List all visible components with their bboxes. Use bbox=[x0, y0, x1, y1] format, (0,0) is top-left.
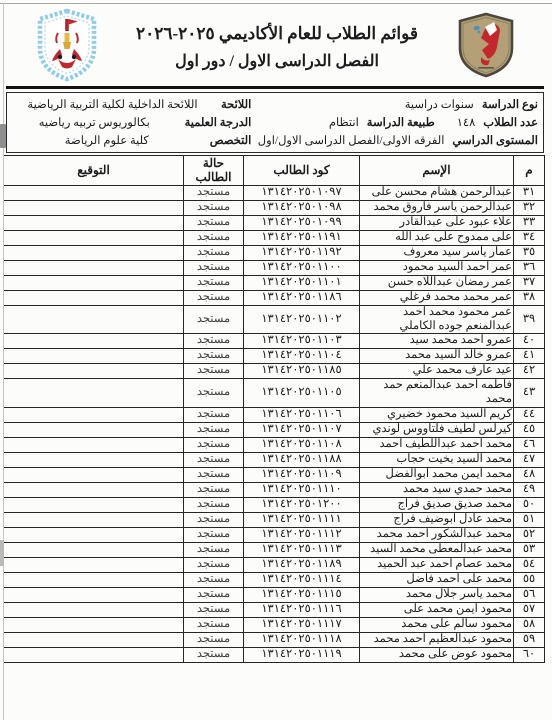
signature-cell bbox=[4, 349, 184, 364]
regulation-label: اللائحة bbox=[221, 97, 251, 111]
column-header: كود الطالب bbox=[244, 156, 360, 186]
student-code-cell: ١٣١٤٢٠٢٥٠١١٨٨ bbox=[244, 452, 360, 467]
student-name-cell: محمد على احمد فاضل bbox=[360, 572, 514, 587]
row-number-cell: ٤٥ bbox=[514, 422, 545, 437]
student-code-cell: ١٣١٤٢٠٢٥٠١٠٩٩ bbox=[244, 215, 360, 230]
document-title: قوائم الطلاب للعام الأكاديمي ٢٠٢٥-٢٠٢٦ ا… bbox=[100, 20, 454, 74]
student-status-cell: مستجد bbox=[184, 407, 244, 422]
specialty-label: التخصص bbox=[210, 133, 252, 147]
student-status-cell: مستجد bbox=[184, 290, 244, 305]
student-code-cell: ١٣١٤٢٠٢٥٠١١١٣ bbox=[244, 542, 360, 557]
row-number-cell: ٥٥ bbox=[514, 572, 545, 587]
student-name-cell: عمر رمضان عبداللاه حسن bbox=[360, 275, 514, 290]
signature-cell bbox=[4, 364, 184, 379]
students-table-body: ٣١ عبدالرحمن هشام محسن على ١٣١٤٢٠٢٥٠١٠٩٧… bbox=[4, 185, 545, 662]
signature-cell bbox=[4, 215, 184, 230]
student-status-cell: مستجد bbox=[184, 497, 244, 512]
student-code-cell: ١٣١٤٢٠٢٥٠١١١٥ bbox=[244, 587, 360, 602]
student-status-cell: مستجد bbox=[184, 482, 244, 497]
faculty-emblem-icon bbox=[34, 7, 100, 88]
student-code-cell: ١٣١٤٢٠٢٥٠١١١٦ bbox=[244, 602, 360, 617]
signature-cell bbox=[4, 334, 184, 349]
row-number-cell: ٥٧ bbox=[514, 602, 545, 617]
student-code-cell: ١٣١٤٢٠٢٥٠١٠٩٨ bbox=[244, 200, 360, 215]
student-name-cell: محمد السيد بخيت حجاب bbox=[360, 452, 514, 467]
students-count-value: ١٤٨ bbox=[457, 115, 476, 129]
student-code-cell: ١٣١٤٢٠٢٥٠١١١٢ bbox=[244, 527, 360, 542]
student-code-cell: ١٣١٤٢٠٢٥٠١١١٤ bbox=[244, 572, 360, 587]
student-status-cell: مستجد bbox=[184, 587, 244, 602]
row-number-cell: ٥٦ bbox=[514, 587, 545, 602]
student-name-cell: محمود عبدالعظيم احمد محمد bbox=[360, 632, 514, 647]
table-row: ٥٨ محمود سالم على محمد ١٣١٤٢٠٢٥٠١١١٧ مست… bbox=[4, 617, 545, 632]
signature-cell bbox=[4, 632, 184, 647]
table-row: ٣٥ عمار ياسر سيد معروف ١٣١٤٢٠٢٥٠١١٩٢ مست… bbox=[4, 245, 545, 260]
study-nature-value: انتظام bbox=[329, 115, 359, 129]
signature-cell bbox=[4, 407, 184, 422]
table-row: ٥٣ محمد عبدالمعطى محمد السيد ١٣١٤٢٠٢٥٠١١… bbox=[4, 542, 545, 557]
student-name-cell: عمر محمد محمد فرغلي bbox=[360, 290, 514, 305]
student-status-cell: مستجد bbox=[184, 572, 244, 587]
document-header: قوائم الطلاب للعام الأكاديمي ٢٠٢٥-٢٠٢٦ ا… bbox=[0, 0, 552, 86]
row-number-cell: ٣٦ bbox=[514, 260, 545, 275]
signature-cell bbox=[4, 275, 184, 290]
regulation-value: اللائحة الداخلية لكلية التربية الرياضية bbox=[12, 97, 213, 111]
student-status-cell: مستجد bbox=[184, 542, 244, 557]
student-code-cell: ١٣١٤٢٠٢٥٠١١٨٦ bbox=[244, 290, 360, 305]
student-code-cell: ١٣١٤٢٠٢٥٠١١٨٥ bbox=[244, 364, 360, 379]
student-code-cell: ١٣١٤٢٠٢٥٠١١٠١ bbox=[244, 275, 360, 290]
table-row: ٣٦ عمر احمد السيد محمود ١٣١٤٢٠٢٥٠١١٠٠ مس… bbox=[4, 260, 545, 275]
student-code-cell: ١٣١٤٢٠٢٥٠١١٠٨ bbox=[244, 437, 360, 452]
signature-cell bbox=[4, 290, 184, 305]
row-number-cell: ٤٣ bbox=[514, 379, 545, 408]
student-name-cell: عمر محمود محمد احمد عبدالمنعم جوده الكام… bbox=[360, 305, 514, 334]
student-status-cell: مستجد bbox=[184, 467, 244, 482]
student-status-cell: مستجد bbox=[184, 215, 244, 230]
row-number-cell: ٣٣ bbox=[514, 215, 545, 230]
student-code-cell: ١٣١٤٢٠٢٥٠١١٩١ bbox=[244, 230, 360, 245]
row-number-cell: ٣٩ bbox=[514, 305, 545, 334]
info-row-1: نوع الدراسة سنوات دراسية اللائحة اللائحة… bbox=[12, 95, 538, 113]
specialty-value: كلية علوم الرياضة bbox=[12, 133, 202, 147]
student-name-cell: محمد عبدالمعطى محمد السيد bbox=[360, 542, 514, 557]
row-number-cell: ٣٤ bbox=[514, 230, 545, 245]
row-number-cell: ٤٠ bbox=[514, 334, 545, 349]
student-status-cell: مستجد bbox=[184, 200, 244, 215]
student-status-cell: مستجد bbox=[184, 185, 244, 200]
signature-cell bbox=[4, 305, 184, 334]
study-info-box: نوع الدراسة سنوات دراسية اللائحة اللائحة… bbox=[6, 92, 544, 153]
university-emblem-icon bbox=[454, 11, 518, 84]
student-status-cell: مستجد bbox=[184, 452, 244, 467]
student-status-cell: مستجد bbox=[184, 260, 244, 275]
scan-edge-top bbox=[0, 3, 552, 4]
table-row: ٤٣ فاطمه احمد عبدالمنعم حمد محمد ١٣١٤٢٠٢… bbox=[4, 379, 545, 408]
student-name-cell: محمود سالم على محمد bbox=[360, 617, 514, 632]
signature-cell bbox=[4, 230, 184, 245]
row-number-cell: ٤٧ bbox=[514, 452, 545, 467]
student-code-cell: ١٣١٤٢٠٢٥٠١١٨٩ bbox=[244, 557, 360, 572]
table-row: ٥٧ محمود ايمن محمد على ١٣١٤٢٠٢٥٠١١١٦ مست… bbox=[4, 602, 545, 617]
table-row: ٦٠ محمود عوض على محمد ١٣١٤٢٠٢٥٠١١١٩ مستج… bbox=[4, 647, 545, 662]
table-row: ٥٤ محمد عصام احمد عبد الحميد ١٣١٤٢٠٢٥٠١١… bbox=[4, 557, 545, 572]
row-number-cell: ٤١ bbox=[514, 349, 545, 364]
student-name-cell: محمد عصام احمد عبد الحميد bbox=[360, 557, 514, 572]
signature-cell bbox=[4, 422, 184, 437]
student-name-cell: محمد عبدالشكور احمد محمد bbox=[360, 527, 514, 542]
signature-cell bbox=[4, 185, 184, 200]
table-row: ٤٧ محمد السيد بخيت حجاب ١٣١٤٢٠٢٥٠١١٨٨ مس… bbox=[4, 452, 545, 467]
student-code-cell: ١٣١٤٢٠٢٥٠١١٠٢ bbox=[244, 305, 360, 334]
student-code-cell: ١٣١٤٢٠٢٥٠١٠٩٧ bbox=[244, 185, 360, 200]
signature-cell bbox=[4, 587, 184, 602]
table-row: ٣٧ عمر رمضان عبداللاه حسن ١٣١٤٢٠٢٥٠١١٠١ … bbox=[4, 275, 545, 290]
row-number-cell: ٥٨ bbox=[514, 617, 545, 632]
row-number-cell: ٤٢ bbox=[514, 364, 545, 379]
student-code-cell: ١٣١٤٢٠٢٥٠١١٠٩ bbox=[244, 467, 360, 482]
table-row: ٤٠ عمرو احمد محمد سيد ١٣١٤٢٠٢٥٠١١٠٣ مستج… bbox=[4, 334, 545, 349]
row-number-cell: ٥٠ bbox=[514, 497, 545, 512]
student-status-cell: مستجد bbox=[184, 617, 244, 632]
degree-label: الدرجة العلمية bbox=[185, 115, 252, 129]
student-name-cell: فاطمه احمد عبدالمنعم حمد محمد bbox=[360, 379, 514, 408]
signature-cell bbox=[4, 527, 184, 542]
degree-value: بكالوريوس تربيه رياضيه bbox=[12, 115, 177, 129]
student-status-cell: مستجد bbox=[184, 602, 244, 617]
column-header: التوقيع bbox=[4, 156, 184, 186]
table-row: ٤٢ عيد عارف محمد علي ١٣١٤٢٠٢٥٠١١٨٥ مستجد bbox=[4, 364, 545, 379]
level-label: المستوى الدراسي bbox=[452, 133, 538, 147]
student-code-cell: ١٣١٤٢٠٢٥٠١١٠٥ bbox=[244, 379, 360, 408]
row-number-cell: ٤٤ bbox=[514, 407, 545, 422]
student-status-cell: مستجد bbox=[184, 275, 244, 290]
table-row: ٣٣ علاء عبود على عبدالقادر ١٣١٤٢٠٢٥٠١٠٩٩… bbox=[4, 215, 545, 230]
student-name-cell: عمر احمد السيد محمود bbox=[360, 260, 514, 275]
signature-cell bbox=[4, 647, 184, 662]
students-table-header-row: مالإسمكود الطالبحالة الطالبالتوقيع bbox=[4, 156, 545, 186]
column-header: الإسم bbox=[360, 156, 514, 186]
row-number-cell: ٥٤ bbox=[514, 557, 545, 572]
student-code-cell: ١٣١٤٢٠٢٥٠١١٠٧ bbox=[244, 422, 360, 437]
table-row: ٥١ محمد عادل ابوضيف فراج ١٣١٤٢٠٢٥٠١١١١ م… bbox=[4, 512, 545, 527]
row-number-cell: ٥٢ bbox=[514, 527, 545, 542]
row-number-cell: ٣٨ bbox=[514, 290, 545, 305]
table-row: ٥٩ محمود عبدالعظيم احمد محمد ١٣١٤٢٠٢٥٠١١… bbox=[4, 632, 545, 647]
column-header: م bbox=[514, 156, 545, 186]
table-row: ٤٥ كيرلس لطيف فلتاووس لوندي ١٣١٤٢٠٢٥٠١١٠… bbox=[4, 422, 545, 437]
info-row-3: المستوى الدراسي الفرقه الاولى/الفصل الدر… bbox=[12, 131, 538, 149]
signature-cell bbox=[4, 572, 184, 587]
table-row: ٣١ عبدالرحمن هشام محسن على ١٣١٤٢٠٢٥٠١٠٩٧… bbox=[4, 185, 545, 200]
student-name-cell: كيرلس لطيف فلتاووس لوندي bbox=[360, 422, 514, 437]
signature-cell bbox=[4, 260, 184, 275]
table-row: ٣٩ عمر محمود محمد احمد عبدالمنعم جوده ال… bbox=[4, 305, 545, 334]
student-name-cell: عبدالرحمن ياسر فاروق محمد bbox=[360, 200, 514, 215]
row-number-cell: ٥٣ bbox=[514, 542, 545, 557]
student-name-cell: محمد احمد عبداللطيف احمد bbox=[360, 437, 514, 452]
student-name-cell: عيد عارف محمد علي bbox=[360, 364, 514, 379]
student-code-cell: ١٣١٤٢٠٢٥٠١١١٠ bbox=[244, 482, 360, 497]
student-name-cell: محمد ياسر جلال محمد bbox=[360, 587, 514, 602]
student-code-cell: ١٣١٤٢٠٢٥٠١١١٨ bbox=[244, 632, 360, 647]
student-status-cell: مستجد bbox=[184, 364, 244, 379]
row-number-cell: ٤٦ bbox=[514, 437, 545, 452]
title-line-2: الفصل الدراسى الاول / دور اول bbox=[100, 49, 454, 75]
student-status-cell: مستجد bbox=[184, 632, 244, 647]
study-type-label: نوع الدراسة bbox=[482, 97, 538, 111]
student-name-cell: عبدالرحمن هشام محسن على bbox=[360, 185, 514, 200]
signature-cell bbox=[4, 379, 184, 408]
signature-cell bbox=[4, 602, 184, 617]
student-name-cell: محمود عوض على محمد bbox=[360, 647, 514, 662]
student-code-cell: ١٣١٤٢٠٢٥٠١١١٧ bbox=[244, 617, 360, 632]
students-count-label: عدد الطلاب bbox=[483, 115, 538, 129]
signature-cell bbox=[4, 482, 184, 497]
student-code-cell: ١٣١٤٢٠٢٥٠١١٠٠ bbox=[244, 260, 360, 275]
row-number-cell: ٣٢ bbox=[514, 200, 545, 215]
student-status-cell: مستجد bbox=[184, 334, 244, 349]
student-name-cell: محمد حمدي سيد محمد bbox=[360, 482, 514, 497]
table-row: ٤٦ محمد احمد عبداللطيف احمد ١٣١٤٢٠٢٥٠١١٠… bbox=[4, 437, 545, 452]
row-number-cell: ٥١ bbox=[514, 512, 545, 527]
table-row: ٤٤ كريم السيد محمود خضيري ١٣١٤٢٠٢٥٠١١٠٦ … bbox=[4, 407, 545, 422]
student-name-cell: عمرو احمد محمد سيد bbox=[360, 334, 514, 349]
student-name-cell: محمد عادل ابوضيف فراج bbox=[360, 512, 514, 527]
row-number-cell: ٣٧ bbox=[514, 275, 545, 290]
title-line-1: قوائم الطلاب للعام الأكاديمي ٢٠٢٥-٢٠٢٦ bbox=[100, 20, 454, 49]
row-number-cell: ٥٩ bbox=[514, 632, 545, 647]
table-row: ٣٢ عبدالرحمن ياسر فاروق محمد ١٣١٤٢٠٢٥٠١٠… bbox=[4, 200, 545, 215]
row-number-cell: ٤٩ bbox=[514, 482, 545, 497]
student-status-cell: مستجد bbox=[184, 422, 244, 437]
scan-smudge bbox=[0, 540, 4, 566]
table-row: ٤٩ محمد حمدي سيد محمد ١٣١٤٢٠٢٥٠١١١٠ مستج… bbox=[4, 482, 545, 497]
student-name-cell: عمار ياسر سيد معروف bbox=[360, 245, 514, 260]
student-code-cell: ١٣١٤٢٠٢٥٠١١٩٢ bbox=[244, 245, 360, 260]
student-status-cell: مستجد bbox=[184, 245, 244, 260]
study-type-value: سنوات دراسية bbox=[405, 97, 474, 111]
student-name-cell: محمد ايمن محمد ابوالفضل bbox=[360, 467, 514, 482]
student-code-cell: ١٣١٤٢٠٢٥٠١١٠٦ bbox=[244, 407, 360, 422]
student-status-cell: مستجد bbox=[184, 437, 244, 452]
table-row: ٤١ عمرو خالد السيد محمد ١٣١٤٢٠٢٥٠١١٠٤ مس… bbox=[4, 349, 545, 364]
table-row: ٣٨ عمر محمد محمد فرغلي ١٣١٤٢٠٢٥٠١١٨٦ مست… bbox=[4, 290, 545, 305]
student-name-cell: على ممدوح على عبد الله bbox=[360, 230, 514, 245]
student-code-cell: ١٣١٤٢٠٢٥٠١٢٠٠ bbox=[244, 497, 360, 512]
signature-cell bbox=[4, 557, 184, 572]
signature-cell bbox=[4, 200, 184, 215]
student-status-cell: مستجد bbox=[184, 647, 244, 662]
student-code-cell: ١٣١٤٢٠٢٥٠١١٠٤ bbox=[244, 349, 360, 364]
students-table: مالإسمكود الطالبحالة الطالبالتوقيع ٣١ عب… bbox=[3, 155, 545, 663]
info-row-2: عدد الطلاب ١٤٨ طبيعة الدراسة انتظام الدر… bbox=[12, 113, 538, 131]
signature-cell bbox=[4, 497, 184, 512]
signature-cell bbox=[4, 245, 184, 260]
student-code-cell: ١٣١٤٢٠٢٥٠١١٠٣ bbox=[244, 334, 360, 349]
table-row: ٥٢ محمد عبدالشكور احمد محمد ١٣١٤٢٠٢٥٠١١١… bbox=[4, 527, 545, 542]
column-header: حالة الطالب bbox=[184, 156, 244, 186]
table-row: ٤٨ محمد ايمن محمد ابوالفضل ١٣١٤٢٠٢٥٠١١٠٩… bbox=[4, 467, 545, 482]
table-row: ٥٠ محمد صديق صديق فراج ١٣١٤٢٠٢٥٠١٢٠٠ مست… bbox=[4, 497, 545, 512]
student-status-cell: مستجد bbox=[184, 230, 244, 245]
student-status-cell: مستجد bbox=[184, 379, 244, 408]
student-status-cell: مستجد bbox=[184, 557, 244, 572]
row-number-cell: ٣١ bbox=[514, 185, 545, 200]
student-name-cell: محمود ايمن محمد على bbox=[360, 602, 514, 617]
student-name-cell: محمد صديق صديق فراج bbox=[360, 497, 514, 512]
student-name-cell: كريم السيد محمود خضيري bbox=[360, 407, 514, 422]
signature-cell bbox=[4, 452, 184, 467]
student-name-cell: علاء عبود على عبدالقادر bbox=[360, 215, 514, 230]
signature-cell bbox=[4, 617, 184, 632]
student-status-cell: مستجد bbox=[184, 527, 244, 542]
row-number-cell: ٣٥ bbox=[514, 245, 545, 260]
student-status-cell: مستجد bbox=[184, 305, 244, 334]
student-status-cell: مستجد bbox=[184, 349, 244, 364]
signature-cell bbox=[4, 437, 184, 452]
scan-smudge bbox=[0, 124, 6, 148]
student-status-cell: مستجد bbox=[184, 512, 244, 527]
table-row: ٣٤ على ممدوح على عبد الله ١٣١٤٢٠٢٥٠١١٩١ … bbox=[4, 230, 545, 245]
student-code-cell: ١٣١٤٢٠٢٥٠١١١١ bbox=[244, 512, 360, 527]
scan-edge-left bbox=[3, 3, 4, 720]
table-row: ٥٦ محمد ياسر جلال محمد ١٣١٤٢٠٢٥٠١١١٥ مست… bbox=[4, 587, 545, 602]
row-number-cell: ٤٨ bbox=[514, 467, 545, 482]
signature-cell bbox=[4, 467, 184, 482]
study-nature-label: طبيعة الدراسة bbox=[367, 115, 435, 129]
level-value: الفرقه الاولى/الفصل الدراسى الاول/اول bbox=[258, 133, 445, 147]
row-number-cell: ٦٠ bbox=[514, 647, 545, 662]
signature-cell bbox=[4, 512, 184, 527]
table-row: ٥٥ محمد على احمد فاضل ١٣١٤٢٠٢٥٠١١١٤ مستج… bbox=[4, 572, 545, 587]
student-name-cell: عمرو خالد السيد محمد bbox=[360, 349, 514, 364]
signature-cell bbox=[4, 542, 184, 557]
student-code-cell: ١٣١٤٢٠٢٥٠١١١٩ bbox=[244, 647, 360, 662]
